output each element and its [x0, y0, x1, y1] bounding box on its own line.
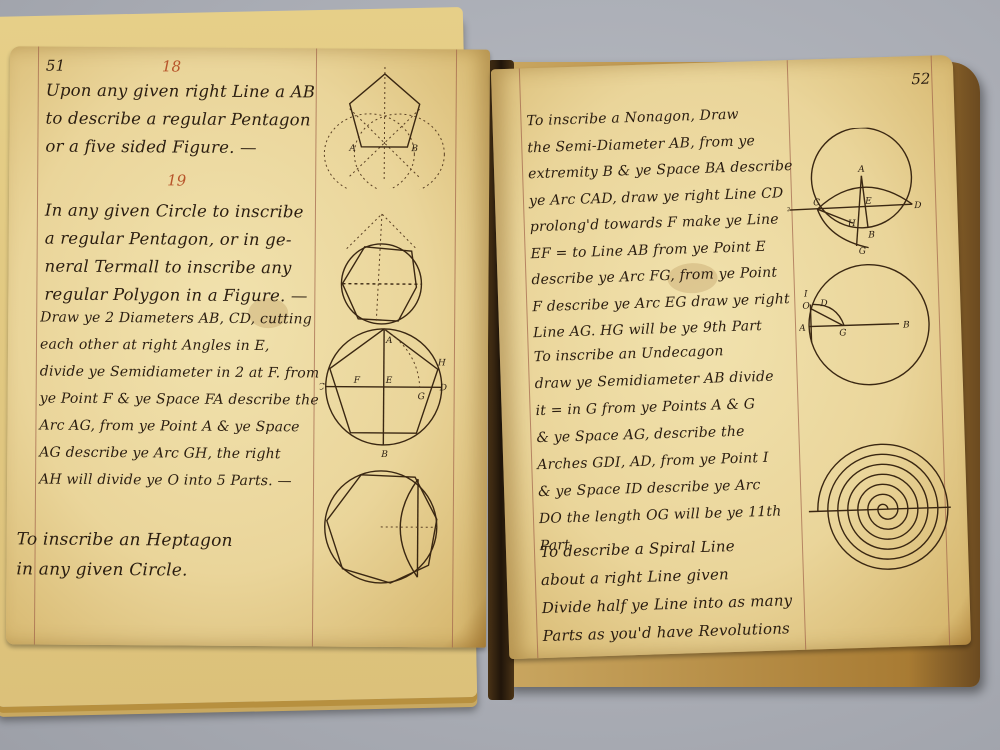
text-line: each other at right Angles in E, — [40, 337, 270, 355]
text-line: To inscribe an Undecagon — [534, 343, 724, 365]
text-line: AG describe ye Arc GH, the right — [39, 445, 281, 463]
text-line: F describe ye Arc EG draw ye right — [532, 291, 790, 315]
problem-number: 19 — [167, 171, 186, 189]
svg-text:G: G — [859, 247, 867, 257]
svg-text:A: A — [348, 144, 356, 154]
text-line: extremity B & ye Space BA describe — [528, 158, 793, 182]
text-line: To describe a Spiral Line — [540, 537, 735, 561]
text-line: Arches GDI, AD, from ye Point I — [537, 450, 769, 473]
left-page: 51 18 Upon any given right Line a AB to … — [6, 46, 490, 647]
section-heptagon: To inscribe an Heptagon in any given Cir… — [16, 524, 316, 594]
right-page: 52 To inscribe a Nonagon, Draw the Semi-… — [491, 55, 971, 659]
svg-text:C: C — [319, 382, 325, 392]
spiral-figure — [803, 435, 958, 590]
heptagon-in-circle-figure — [322, 469, 443, 590]
section-nonagon: To inscribe a Nonagon, Draw the Semi-Dia… — [526, 100, 804, 355]
text-line: about a right Line given — [541, 565, 730, 589]
text-line: In any given Circle to inscribe — [45, 201, 304, 222]
photo-scene: 51 18 Upon any given right Line a AB to … — [0, 0, 1000, 750]
text-line: draw ye Semidiameter AB divide — [535, 369, 774, 393]
svg-text:A: A — [385, 336, 393, 346]
svg-text:D: D — [439, 383, 447, 393]
text-line: or a five sided Figure. — — [45, 137, 256, 157]
text-line: a regular Pentagon, or in ge- — [45, 229, 292, 250]
text-line: To inscribe an Heptagon — [17, 529, 233, 551]
text-line: Parts as you'd have Revolutions — [542, 619, 790, 645]
text-line: it = in G from ye Points A & G — [535, 396, 755, 419]
text-line: prolong'd towards F make ye Line — [530, 211, 779, 235]
svg-text:C: C — [813, 198, 820, 208]
svg-text:B: B — [902, 320, 910, 330]
text-line: regular Polygon in a Figure. — — [44, 285, 307, 306]
svg-text:O: O — [802, 301, 810, 311]
svg-text:E: E — [385, 376, 393, 386]
svg-text:B: B — [410, 144, 418, 154]
text-line: Divide half ye Line into as many — [542, 591, 793, 617]
page-number: 52 — [911, 70, 931, 89]
svg-text:G: G — [839, 328, 847, 338]
pentagon-on-line-figure: A B — [319, 58, 450, 189]
svg-text:G: G — [418, 392, 425, 402]
text-line: to describe a regular Pentagon — [46, 109, 311, 130]
svg-text:F: F — [353, 376, 361, 386]
section-pentagon-instructions: Draw ye 2 Diameters AB, CD, cutting each… — [39, 305, 320, 504]
text-line: Arc AG, from ye Point A & ye Space — [39, 418, 299, 436]
svg-text:I: I — [803, 290, 808, 300]
right-margin-rule — [452, 49, 457, 647]
svg-text:D: D — [913, 201, 922, 211]
text-line: & ye Space AG, describe the — [536, 424, 745, 447]
text-line: Draw ye 2 Diameters AB, CD, cutting — [40, 310, 312, 328]
text-line: divide ye Semidiameter in 2 at F. from — [40, 364, 320, 382]
svg-text:H: H — [847, 219, 856, 229]
text-line: EF = to Line AB from ye Point E — [530, 238, 766, 261]
svg-text:B: B — [867, 230, 875, 240]
svg-text:H: H — [437, 358, 446, 368]
svg-text:B: B — [380, 450, 388, 460]
page-number: 51 — [46, 57, 65, 75]
problem-number: 18 — [162, 57, 181, 75]
section-pentagon-in-circle: In any given Circle to inscribe a regula… — [44, 197, 315, 319]
polygon-in-circle-figure — [326, 209, 437, 330]
svg-text:E: E — [864, 196, 872, 206]
text-line: Upon any given right Line a AB — [46, 81, 315, 102]
text-line: & ye Space ID describe ye Arc — [538, 477, 761, 500]
section-pentagon-on-line: Upon any given right Line a AB to descri… — [45, 77, 316, 171]
text-line: the Semi-Diameter AB, from ye — [527, 133, 755, 156]
undecagon-figure: A B D G I O — [797, 260, 941, 394]
text-line: To inscribe a Nonagon, Draw — [526, 107, 739, 130]
svg-text:D: D — [819, 299, 828, 309]
text-line: ye Point F & ye Space FA describe the — [40, 391, 319, 409]
text-line: AH will divide ye O into 5 Parts. — — [39, 472, 292, 490]
text-line: describe ye Arc FG, from ye Point — [531, 265, 777, 289]
svg-text:A: A — [798, 324, 806, 334]
text-line: in any given Circle. — [16, 559, 187, 580]
section-spiral: To describe a Spiral Line about a right … — [540, 530, 814, 658]
svg-text:A: A — [857, 165, 865, 175]
nonagon-figure: A B D E F G H C — [785, 126, 929, 260]
text-line: neral Termall to inscribe any — [44, 257, 291, 278]
text-line: ye Arc CAD, draw ye right Line CD — [529, 185, 784, 209]
pentagon-in-circle-figure: A B C D E F G H — [319, 321, 450, 462]
